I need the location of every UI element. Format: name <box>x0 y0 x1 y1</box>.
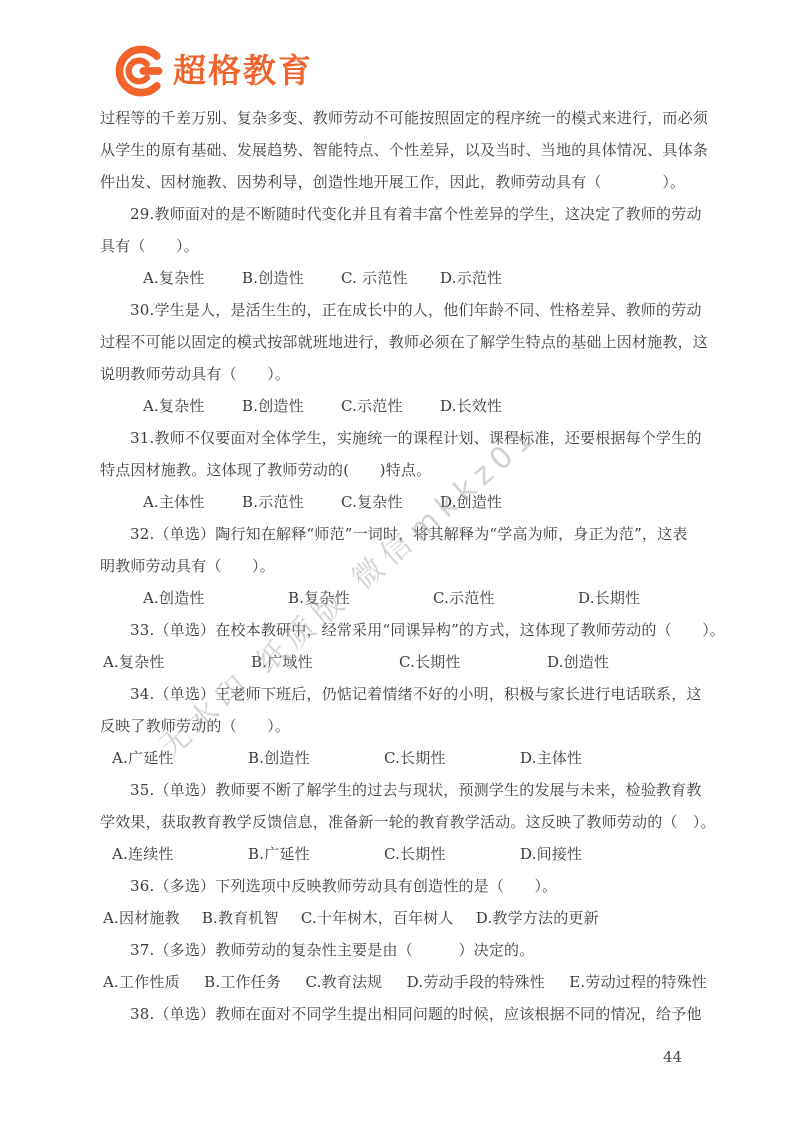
intro-paragraph-line: 从学生的原有基础、发展趋势、智能特点、个性差异，以及当时、当地的具体情况、具体条 <box>100 134 720 166</box>
option-item: B.工作任务 <box>204 966 281 998</box>
option-item: C.长期性 <box>384 838 520 870</box>
question-38-line: 38.（单选）教师在面对不同学生提出相同问题的时候，应该根据不同的情况，给予他 <box>100 998 720 1030</box>
option-item: D.劳动手段的特殊性 <box>407 966 545 998</box>
question-32-line: 明教师劳动具有（ ）。 <box>100 550 720 582</box>
option-item: D.创造性 <box>440 486 502 518</box>
option-item: D.长期性 <box>578 582 640 614</box>
question-30-line: 说明教师劳动具有（ ）。 <box>100 358 720 390</box>
intro-paragraph-line: 件出发、因材施教、因势利导，创造性地开展工作，因此，教师劳动具有（ ）。 <box>100 166 720 198</box>
option-item: B.创造性 <box>242 390 341 422</box>
option-item: A.因材施教 <box>103 902 180 934</box>
question-32-options: A.创造性B.复杂性C.示范性D.长期性 <box>100 582 720 614</box>
option-item: C. 示范性 <box>341 262 440 294</box>
question-30-line: 过程不可能以固定的模式按部就班地进行，教师必须在了解学生特点的基础上因材施教，这 <box>100 326 720 358</box>
question-31-line: 31.教师不仅要面对全体学生，实施统一的课程计划、课程标准，还要根据每个学生的 <box>100 422 720 454</box>
option-item: D.长效性 <box>440 390 502 422</box>
option-item: A.主体性 <box>143 486 242 518</box>
option-item: D.创造性 <box>547 646 609 678</box>
option-item: A.连续性 <box>112 838 248 870</box>
question-29-line: 29.教师面对的是不断随时代变化并且有着丰富个性差异的学生，这决定了教师的劳动 <box>100 198 720 230</box>
option-item: D.示范性 <box>440 262 502 294</box>
question-34-options: A.广延性B.创造性C.长期性D.主体性 <box>100 742 720 774</box>
option-item: B.创造性 <box>248 742 384 774</box>
question-34-line: 反映了教师劳动的（ ）。 <box>100 710 720 742</box>
option-item: C.复杂性 <box>341 486 440 518</box>
option-item: B.复杂性 <box>288 582 433 614</box>
document-page: 超格教育 过程等的千差万别、复杂多变、教师劳动不可能按照固定的程序统一的模式来进… <box>0 0 804 1137</box>
question-32-line: 32.（单选）陶行知在解释“师范”一词时，将其解释为“学高为师，身正为范”，这表 <box>100 518 720 550</box>
question-31-options: A.主体性B.示范性C.复杂性D.创造性 <box>100 486 720 518</box>
question-36-line: 36.（多选）下列选项中反映教师劳动具有创造性的是（ ）。 <box>100 870 720 902</box>
question-33-line: 33.（单选）在校本教研中，经常采用“同课异构”的方式，这体现了教师劳动的（ ）… <box>100 614 720 646</box>
question-29-options: A.复杂性B.创造性C. 示范性D.示范性 <box>100 262 720 294</box>
option-item: A.复杂性 <box>143 262 242 294</box>
question-29-line: 具有（ ）。 <box>100 230 720 262</box>
question-35-line: 35.（单选）教师要不断了解学生的过去与现状，预测学生的发展与未来，检验教育教 <box>100 774 720 806</box>
question-30-options: A.复杂性B.创造性C.示范性D.长效性 <box>100 390 720 422</box>
option-item: A.广延性 <box>112 742 248 774</box>
document-body: 过程等的千差万别、复杂多变、教师劳动不可能按照固定的程序统一的模式来进行，而必须… <box>100 102 720 1030</box>
option-item: B.示范性 <box>242 486 341 518</box>
option-item: D.主体性 <box>520 742 582 774</box>
option-item: D.间接性 <box>520 838 582 870</box>
question-37-options: A.工作性质B.工作任务C.教育法规D.劳动手段的特殊性E.劳动过程的特殊性 <box>100 966 707 998</box>
intro-paragraph-line: 过程等的千差万别、复杂多变、教师劳动不可能按照固定的程序统一的模式来进行，而必须 <box>100 102 720 134</box>
option-item: C.长期性 <box>384 742 520 774</box>
option-item: B.广延性 <box>248 838 384 870</box>
question-35-line: 学效果，获取教育教学反馈信息，准备新一轮的教育教学活动。这反映了教师劳动的（ ）… <box>100 806 720 838</box>
question-31-line: 特点因材施教。这体现了教师劳动的( )特点。 <box>100 454 720 486</box>
option-item: B.创造性 <box>242 262 341 294</box>
question-34-line: 34.（单选）王老师下班后，仍惦记着情绪不好的小明，积极与家长进行电话联系，这 <box>100 678 720 710</box>
option-item: B.广域性 <box>251 646 399 678</box>
option-item: A.复杂性 <box>143 390 242 422</box>
option-item: E.劳动过程的特殊性 <box>569 966 707 998</box>
page-number: 44 <box>663 1046 682 1068</box>
option-item: A.复杂性 <box>103 646 251 678</box>
question-36-options: A.因材施教B.教育机智C.十年树木，百年树人D.教学方法的更新 <box>100 902 720 934</box>
option-item: D.教学方法的更新 <box>476 902 599 934</box>
option-item: C.示范性 <box>341 390 440 422</box>
option-item: C.教育法规 <box>305 966 382 998</box>
option-item: A.工作性质 <box>103 966 180 998</box>
question-33-options: A.复杂性B.广域性C.长期性D.创造性 <box>100 646 720 678</box>
brand-logo: 超格教育 <box>110 44 313 98</box>
option-item: C.长期性 <box>399 646 547 678</box>
option-item: C.十年树木，百年树人 <box>301 902 454 934</box>
question-30-line: 30.学生是人，是活生生的，正在成长中的人，他们年龄不同、性格差异、教师的劳动 <box>100 294 720 326</box>
option-item: B.教育机智 <box>202 902 279 934</box>
question-35-options: A.连续性B.广延性C.长期性D.间接性 <box>100 838 720 870</box>
brand-name: 超格教育 <box>173 44 313 98</box>
option-item: C.示范性 <box>433 582 578 614</box>
question-37-line: 37.（多选）教师劳动的复杂性主要是由（ ）决定的。 <box>100 934 720 966</box>
chaoge-g-logo-icon <box>110 44 164 98</box>
option-item: A.创造性 <box>143 582 288 614</box>
